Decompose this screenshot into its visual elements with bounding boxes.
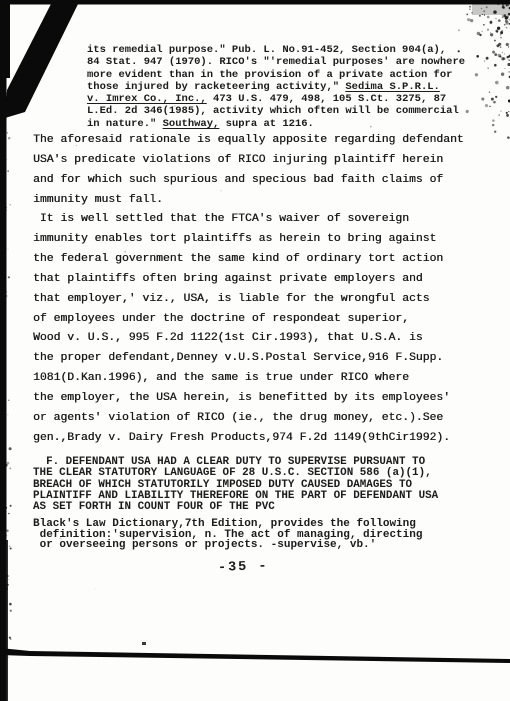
noise-dot xyxy=(498,54,501,57)
noise-dot xyxy=(495,81,499,85)
noise-dot xyxy=(5,207,7,209)
noise-dot xyxy=(509,19,510,20)
noise-dot xyxy=(10,638,12,640)
underlined-case-citation: v. Imrex Co., Inc., xyxy=(87,93,207,105)
noise-dot xyxy=(491,98,494,101)
noise-dot xyxy=(479,34,481,36)
text-line: 1081(D.Kan.1996), and the same is true u… xyxy=(33,369,464,389)
noise-dot xyxy=(10,204,11,205)
noise-dot xyxy=(504,53,505,54)
noise-dot xyxy=(7,170,8,171)
noise-dot xyxy=(481,97,484,100)
noise-dot xyxy=(8,400,9,401)
text-segment: those injured by racketeering activity," xyxy=(87,81,345,93)
noise-dot xyxy=(506,15,509,18)
noise-dot xyxy=(8,513,10,515)
noise-dot xyxy=(8,657,9,658)
noise-dot xyxy=(466,110,469,113)
underlined-case-citation: Southway, xyxy=(163,118,220,130)
text-line: the employer, the USA herein, is benefit… xyxy=(33,389,464,409)
text-line: that plaintiffs often bring against priv… xyxy=(33,270,464,290)
noise-dot xyxy=(500,111,501,112)
scan-corner-smudge xyxy=(472,1,510,15)
noise-dot xyxy=(506,86,510,90)
noise-dot xyxy=(486,57,489,60)
noise-dot xyxy=(5,464,8,467)
noise-dot xyxy=(505,5,507,7)
noise-dot xyxy=(507,136,510,139)
noise-dot xyxy=(487,16,490,19)
noise-dot xyxy=(507,56,510,59)
noise-dot xyxy=(481,8,483,10)
text-line: the proper defendant,Denney v.U.S.Postal… xyxy=(33,349,464,369)
noise-dot xyxy=(500,37,502,39)
noise-dot xyxy=(473,1,475,3)
noise-dot xyxy=(502,4,504,6)
noise-dot xyxy=(488,68,489,69)
noise-dot xyxy=(10,505,12,507)
noise-dot xyxy=(7,575,9,577)
text-line: It is well settled that the FTCA's waive… xyxy=(33,210,464,230)
noise-dot xyxy=(506,114,509,117)
noise-dot xyxy=(505,20,508,23)
noise-dot xyxy=(495,1,496,2)
noise-dot xyxy=(505,1,507,3)
noise-dot xyxy=(467,18,470,21)
noise-dot xyxy=(484,61,485,62)
page-number: -35 - xyxy=(218,559,269,576)
noise-dot xyxy=(6,494,7,495)
noise-dot xyxy=(486,6,488,8)
scan-diagonal-streak xyxy=(5,0,80,118)
scan-speck xyxy=(142,642,146,645)
text-line: gen.,Brady v. Dairy Fresh Products,974 F… xyxy=(33,429,464,449)
noise-dot xyxy=(489,106,491,108)
text-line: and for which such spurious and specious… xyxy=(33,171,464,191)
noise-dot xyxy=(497,27,500,30)
noise-dot xyxy=(508,111,509,112)
text-line: more evident than in the provision of a … xyxy=(87,69,465,81)
text-line: USA's predicate violations of RICO injur… xyxy=(33,151,464,171)
noise-dot xyxy=(487,29,489,31)
noise-dot xyxy=(501,30,503,32)
noise-dot xyxy=(501,0,503,2)
noise-dot xyxy=(495,18,496,19)
noise-dot xyxy=(490,33,493,36)
noise-dot xyxy=(503,14,506,17)
text-line: immunity must fall. xyxy=(33,191,464,211)
text-line: those injured by racketeering activity,"… xyxy=(87,81,465,93)
noise-dot xyxy=(499,55,501,57)
noise-dot xyxy=(506,112,508,114)
text-line: THE CLEAR STATUTORY LANGUAGE OF 28 U.S.C… xyxy=(33,468,438,479)
noise-dot xyxy=(10,96,11,97)
text-line: AS SET FORTH IN COUNT FOUR OF THE PVC xyxy=(33,502,438,513)
text-line: in nature." Southway, supra at 1216. xyxy=(87,118,465,130)
noise-dot xyxy=(481,31,482,32)
text-line: immunity enables tort plaintiffs as here… xyxy=(33,230,464,250)
noise-dot xyxy=(479,15,481,17)
noise-dot xyxy=(10,610,12,612)
noise-dot xyxy=(502,6,504,8)
noise-dot xyxy=(498,0,501,3)
noise-dot xyxy=(495,30,498,33)
noise-dot xyxy=(507,0,509,1)
blockquote-citation: its remedial purpose." Pub. L. No.91-452… xyxy=(87,44,465,130)
noise-dot xyxy=(506,3,509,6)
paragraph-rationale: The aforesaid rationale is equally appos… xyxy=(33,131,464,210)
text-segment: supra at 1216. xyxy=(219,118,314,130)
noise-dot xyxy=(10,90,13,93)
noise-dot xyxy=(482,14,483,15)
noise-dot xyxy=(483,10,485,12)
noise-dot xyxy=(502,16,504,18)
noise-dot xyxy=(506,27,508,29)
noise-dot xyxy=(6,92,9,95)
noise-dot xyxy=(470,19,473,22)
noise-dot xyxy=(7,32,9,34)
noise-dot xyxy=(502,52,504,54)
noise-dot xyxy=(490,21,493,24)
text-line: v. Imrex Co., Inc., 473 U.S. 479, 498, 1… xyxy=(87,93,465,105)
noise-dot xyxy=(498,114,500,116)
paragraph-ftca-waiver: It is well settled that the FTCA's waive… xyxy=(33,210,464,448)
noise-dot xyxy=(7,462,10,465)
noise-dot xyxy=(497,4,499,6)
noise-dot xyxy=(9,603,12,606)
text-line: of employees under the doctrine of respo… xyxy=(33,310,464,330)
noise-dot xyxy=(504,24,506,26)
noise-dot xyxy=(502,15,503,16)
noise-dot xyxy=(458,29,459,30)
scan-bottom-line xyxy=(0,648,510,663)
noise-dot xyxy=(7,132,8,133)
noise-dot xyxy=(484,14,485,15)
noise-dot xyxy=(5,507,7,509)
noise-dot xyxy=(502,3,504,5)
noise-dot xyxy=(8,40,10,42)
noise-dot xyxy=(9,447,12,450)
text-line: L.Ed. 2d 346(1985), activity which often… xyxy=(87,105,465,117)
noise-dot xyxy=(8,248,9,249)
noise-dot xyxy=(466,14,468,16)
noise-dot xyxy=(496,31,498,33)
noise-dot xyxy=(500,31,503,34)
noise-dot xyxy=(10,547,12,549)
underlined-case-citation: Sedima S.P.R.L. xyxy=(345,81,440,93)
text-segment: in nature." xyxy=(87,118,163,130)
noise-dot xyxy=(492,124,494,126)
noise-dot xyxy=(500,34,502,36)
noise-dot xyxy=(508,46,509,47)
noise-dot xyxy=(498,0,501,2)
noise-dot xyxy=(8,108,9,109)
noise-dot xyxy=(469,6,471,8)
noise-dot xyxy=(494,40,496,42)
scan-edge-top xyxy=(0,0,510,5)
noise-dot xyxy=(471,12,473,14)
definition-blacks-law: Black's Law Dictionary,7th Edition, prov… xyxy=(33,519,422,551)
noise-dot xyxy=(8,276,10,278)
noise-dot xyxy=(488,0,490,2)
noise-dot xyxy=(498,19,501,22)
noise-dot xyxy=(506,43,509,46)
noise-dot xyxy=(469,8,471,10)
noise-dot xyxy=(7,584,9,586)
noise-dot xyxy=(490,21,493,24)
noise-dot xyxy=(5,587,8,590)
noise-dot xyxy=(492,51,495,54)
text-segment: 473 U.S. 479, 498, 105 S.Ct. 3275, 87 xyxy=(207,93,446,105)
noise-dot xyxy=(478,0,479,1)
noise-dot xyxy=(498,43,501,46)
noise-dot xyxy=(494,131,496,133)
section-heading-f: F. DEFENDANT USA HAD A CLEAR DUTY TO SUP… xyxy=(33,457,438,513)
scanned-document-page: its remedial purpose." Pub. L. No.91-452… xyxy=(0,0,510,701)
noise-dot xyxy=(501,57,504,60)
noise-dot xyxy=(483,24,485,26)
noise-dot xyxy=(6,291,7,292)
text-line: 84 Stat. 947 (1970). RICO's "'remedial p… xyxy=(87,56,465,68)
scan-edge-left xyxy=(0,0,7,701)
noise-dot xyxy=(494,53,497,56)
noise-dot xyxy=(496,44,499,47)
scan-corner-blotch xyxy=(0,0,10,78)
noise-dot xyxy=(9,637,11,639)
noise-dot xyxy=(95,589,96,590)
noise-dot xyxy=(476,55,479,58)
noise-dot xyxy=(495,96,497,98)
noise-dot xyxy=(6,529,8,531)
text-line: the federal government the same kind of … xyxy=(33,250,464,270)
noise-dot xyxy=(503,57,506,60)
noise-dot xyxy=(9,467,11,469)
noise-dot xyxy=(493,10,497,14)
noise-dot xyxy=(8,137,10,139)
noise-dot xyxy=(8,579,9,580)
text-line: Wood v. U.S., 995 F.2d 1122(1st Cir.1993… xyxy=(33,329,464,349)
noise-dot xyxy=(7,414,8,415)
noise-dot xyxy=(471,0,474,2)
text-line: The aforesaid rationale is equally appos… xyxy=(33,131,464,151)
noise-dot xyxy=(485,104,488,107)
text-line: or overseeing persons or projects. -supe… xyxy=(33,540,422,551)
noise-dot xyxy=(501,73,504,76)
noise-dot xyxy=(493,101,496,104)
text-line: its remedial purpose." Pub. L. No.91-452… xyxy=(87,44,465,56)
noise-dot xyxy=(6,210,7,211)
noise-dot xyxy=(473,0,476,2)
noise-dot xyxy=(478,0,479,1)
noise-dot xyxy=(505,16,508,19)
noise-dot xyxy=(501,0,504,3)
text-line: that employer,' viz., USA, is liable for… xyxy=(33,290,464,310)
body-paragraphs: The aforesaid rationale is equally appos… xyxy=(33,131,464,449)
text-line: or agents' violation of RICO (ie., the d… xyxy=(33,409,464,429)
noise-dot xyxy=(489,91,490,92)
noise-dot xyxy=(490,32,491,33)
scan-edge-left-fuzz xyxy=(0,540,8,701)
noise-dot xyxy=(475,73,478,76)
noise-dot xyxy=(492,119,495,122)
noise-dot xyxy=(5,295,8,298)
noise-dot xyxy=(494,64,497,67)
noise-dot xyxy=(6,159,7,160)
noise-dot xyxy=(500,46,502,48)
noise-dot xyxy=(504,68,505,69)
noise-dot xyxy=(505,21,508,24)
noise-dot xyxy=(9,546,10,547)
noise-dot xyxy=(5,535,7,537)
noise-dot xyxy=(508,25,509,26)
noise-dot xyxy=(477,32,480,35)
noise-dot xyxy=(504,0,505,1)
noise-dot xyxy=(502,6,505,9)
